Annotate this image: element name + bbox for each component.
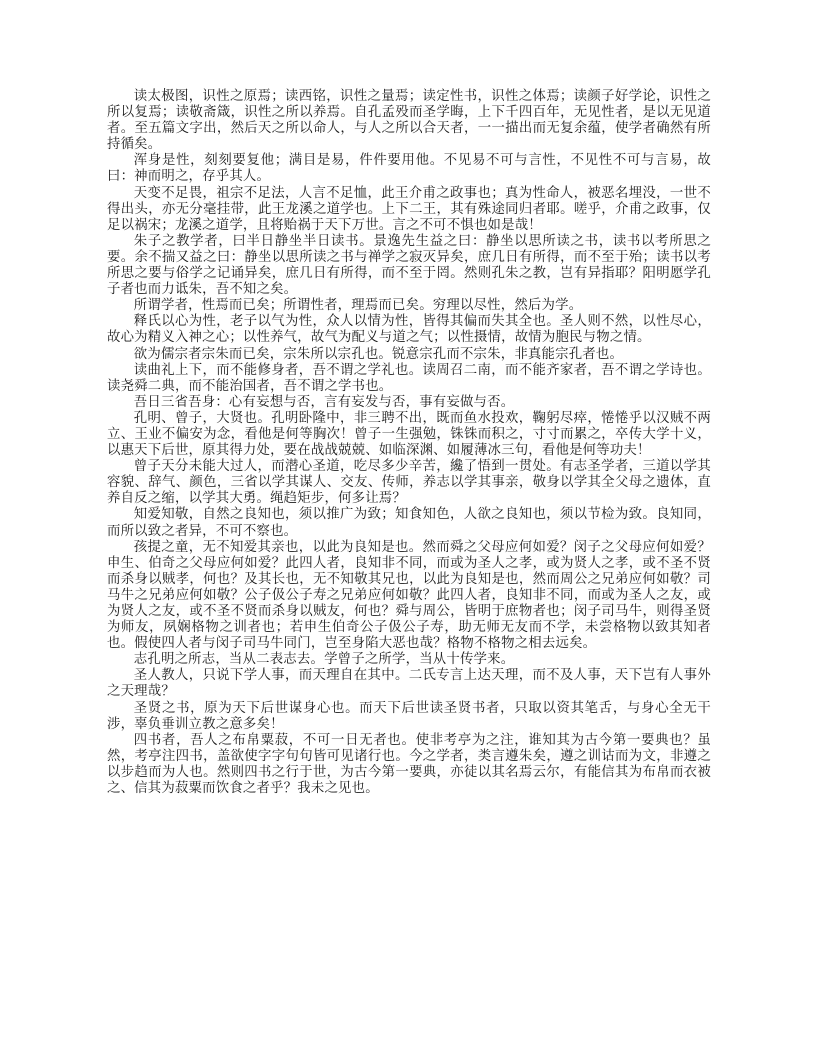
- paragraph: 孔明、曾子，大贤也。孔明卧隆中，非三聘不出，既而鱼水投欢，鞠躬尽瘁，惓惓乎以汉贼…: [107, 410, 711, 458]
- paragraph: 朱子之教学者，曰半日静坐半日读书。景逸先生益之曰：静坐以思所读之书，读书以考所思…: [107, 233, 711, 297]
- paragraph: 欲为儒宗者宗朱而已矣，宗朱所以宗孔也。锐意宗孔而不宗朱，非真能宗孔者也。: [107, 346, 711, 362]
- paragraph: 四书者，吾人之布帛粟菽，不可一日无者也。使非考亭为之注，谁知其为古今第一要典也？…: [107, 732, 711, 796]
- paragraph: 所谓学者，性焉而已矣；所谓性者，理焉而已矣。穷理以尽性，然后为学。: [107, 297, 711, 313]
- paragraph: 志孔明之所志，当从二表志去。学曾子之所学，当从十传学来。: [107, 651, 711, 667]
- paragraph: 释氏以心为性，老子以气为性，众人以情为性，皆得其偏而失其全也。圣人则不然，以性尽…: [107, 313, 711, 345]
- text-block: 读太极图，识性之原焉；读西铭，识性之量焉；读定性书，识性之体焉；读颜子好学论，识…: [107, 88, 711, 796]
- paragraph: 浑身是性，刻刻要复他；满目是易，件件要用他。不见易不可与言性，不见性不可与言易，…: [107, 152, 711, 184]
- document-page: 读太极图，识性之原焉；读西铭，识性之量焉；读定性书，识性之体焉；读颜子好学论，识…: [0, 0, 816, 1056]
- paragraph: 读曲礼上下，而不能修身者，吾不谓之学礼也。读周召二南，而不能齐家者，吾不谓之学诗…: [107, 362, 711, 394]
- paragraph: 吾日三省吾身：心有妄想与否，言有妄发与否，事有妄做与否。: [107, 394, 711, 410]
- paragraph: 曾子天分未能大过人，而潜心圣道，吃尽多少辛苦，纔了悟到一贯处。有志圣学者，三道以…: [107, 458, 711, 506]
- paragraph: 知爱知敬，自然之良知也，须以推广为致；知食知色，人欲之良知也，须以节检为致。良知…: [107, 506, 711, 538]
- paragraph: 读太极图，识性之原焉；读西铭，识性之量焉；读定性书，识性之体焉；读颜子好学论，识…: [107, 88, 711, 152]
- paragraph: 圣人教人，只说下学人事，而天理自在其中。二氏专言上达天理，而不及人事，天下岂有人…: [107, 667, 711, 699]
- paragraph: 天变不足畏，祖宗不足法，人言不足恤，此王介甫之政事也；真为性命人，被恶名埋没，一…: [107, 185, 711, 233]
- paragraph: 孩提之童，无不知爱其亲也，以此为良知是也。然而舜之父母应何如爱？闵子之父母应何如…: [107, 539, 711, 652]
- paragraph: 圣贤之书，原为天下后世谋身心也。而天下后世读圣贤书者，只取以资其笔舌，与身心全无…: [107, 700, 711, 732]
